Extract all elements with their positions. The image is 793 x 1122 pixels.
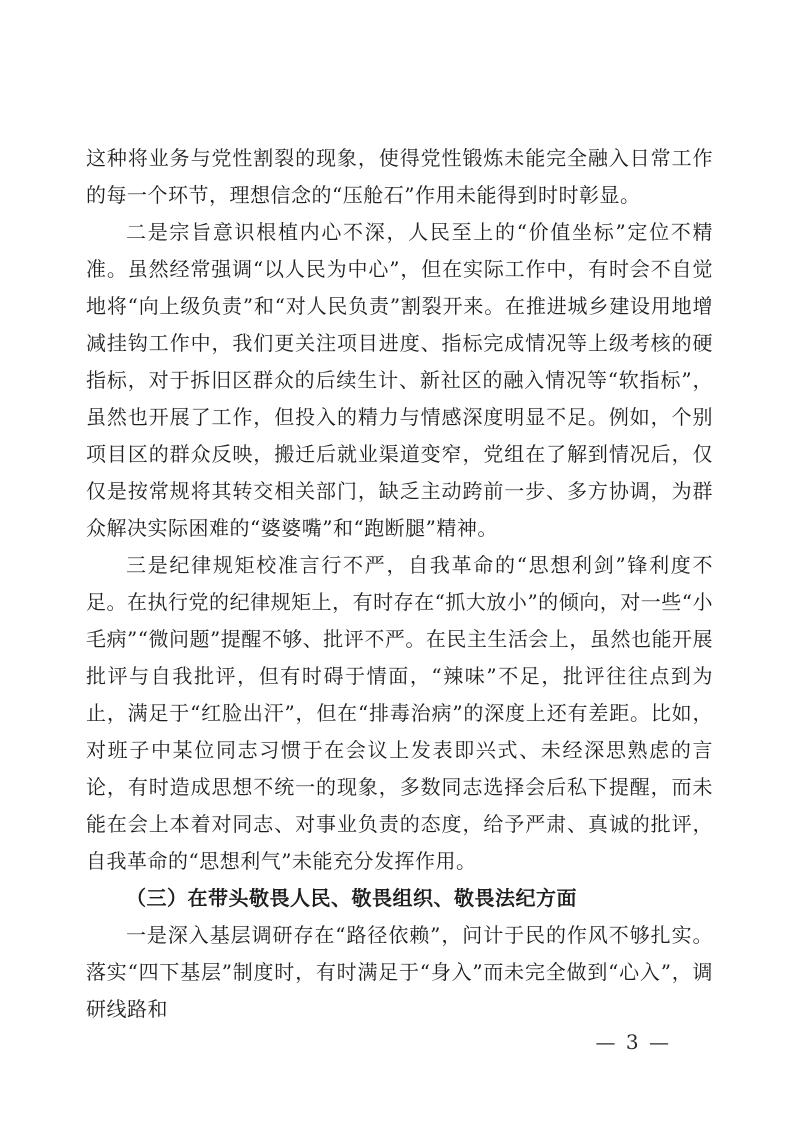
section-heading: （三）在带头敬畏人民、敬畏组织、敬畏法纪方面 [86,880,713,917]
paragraph: 这种将业务与党性割裂的现象，使得党性锻炼未能完全融入日常工作的每一个环节，理想信… [86,140,713,214]
paragraph: 二是宗旨意识根植内心不深，人民至上的“价值坐标”定位不精准。虽然经常强调“以人民… [86,214,713,547]
document-page: 这种将业务与党性割裂的现象，使得党性锻炼未能完全融入日常工作的每一个环节，理想信… [0,0,793,1122]
paragraph: 一是深入基层调研存在“路径依赖”，问计于民的作风不够扎实。落实“四下基层”制度时… [86,917,713,1028]
paragraph: 三是纪律规矩校准言行不严，自我革命的“思想利剑”锋利度不足。在执行党的纪律规矩上… [86,547,713,880]
document-body: 这种将业务与党性割裂的现象，使得党性锻炼未能完全融入日常工作的每一个环节，理想信… [86,140,713,1028]
page-number: — 3 — [596,1030,671,1054]
